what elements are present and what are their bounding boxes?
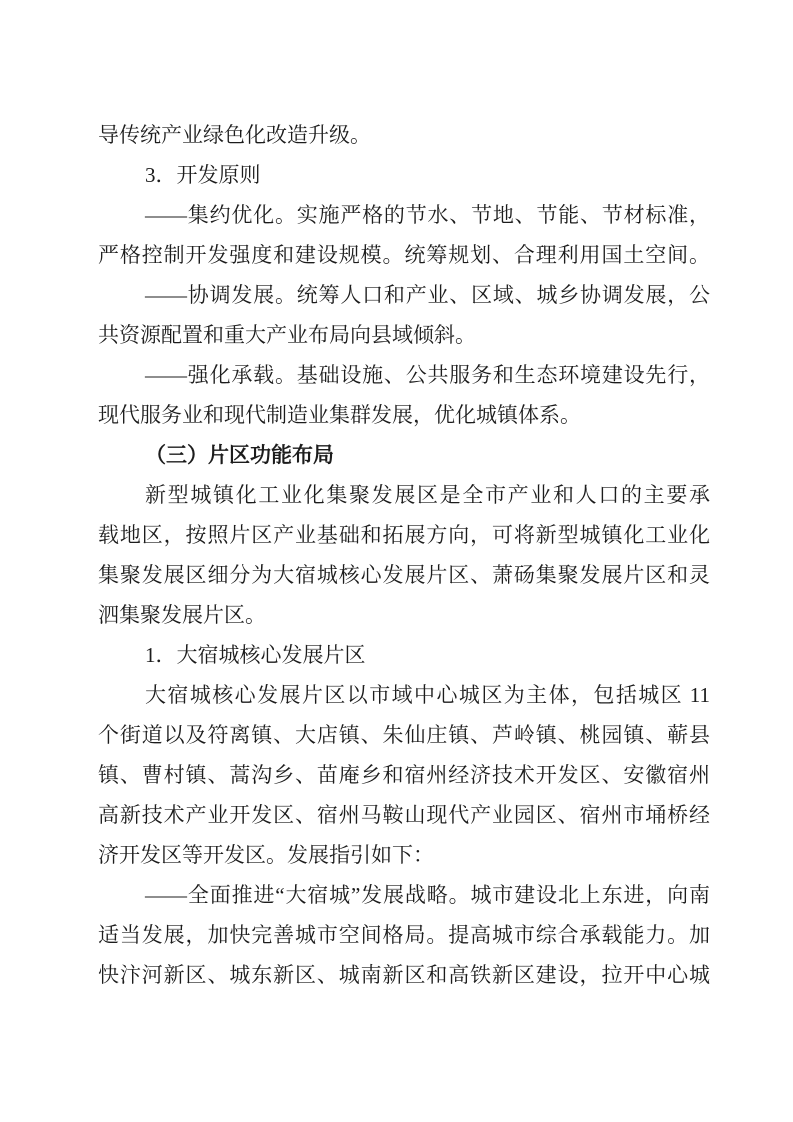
document-line: 高新技术产业开发区、宿州马鞍山现代产业园区、宿州市埇桥经 [98,795,710,835]
document-line: 适当发展，加快完善城市空间格局。提高城市综合承载能力。加 [98,915,710,955]
document-line: 大宿城核心发展片区以市域中心城区为主体，包括城区 11 [98,675,710,715]
document-line: 快汴河新区、城东新区、城南新区和高铁新区建设，拉开中心城 [98,955,710,995]
document-line: 共资源配置和重大产业布局向县域倾斜。 [98,315,710,355]
document-line: 载地区，按照片区产业基础和拓展方向，可将新型城镇化工业化 [98,515,710,555]
document-line: 济开发区等开发区。发展指引如下： [98,835,710,875]
document-line: 现代服务业和现代制造业集群发展，优化城镇体系。 [98,395,710,435]
document-line: 严格控制开发强度和建设规模。统筹规划、合理利用国土空间。 [98,235,710,275]
document-line: 新型城镇化工业化集聚发展区是全市产业和人口的主要承 [98,475,710,515]
document-line: ——协调发展。统筹人口和产业、区域、城乡协调发展，公 [98,275,710,315]
document-body: 导传统产业绿色化改造升级。3．开发原则——集约优化。实施严格的节水、节地、节能、… [98,115,710,995]
sub-heading: 3．开发原则 [98,155,710,195]
section-heading: （三）片区功能布局 [98,435,710,475]
document-line: 镇、曹村镇、蒿沟乡、苗庵乡和宿州经济技术开发区、安徽宿州 [98,755,710,795]
document-page: 导传统产业绿色化改造升级。3．开发原则——集约优化。实施严格的节水、节地、节能、… [0,0,793,1122]
document-line: ——集约优化。实施严格的节水、节地、节能、节材标准， [98,195,710,235]
document-line: 导传统产业绿色化改造升级。 [98,115,710,155]
document-line: 集聚发展区细分为大宿城核心发展片区、萧砀集聚发展片区和灵 [98,555,710,595]
document-line: 个街道以及符离镇、大店镇、朱仙庄镇、芦岭镇、桃园镇、蕲县 [98,715,710,755]
document-line: 泗集聚发展片区。 [98,595,710,635]
sub-heading: 1．大宿城核心发展片区 [98,635,710,675]
document-line: ——强化承载。基础设施、公共服务和生态环境建设先行， [98,355,710,395]
document-line: ——全面推进“大宿城”发展战略。城市建设北上东进，向南 [98,875,710,915]
